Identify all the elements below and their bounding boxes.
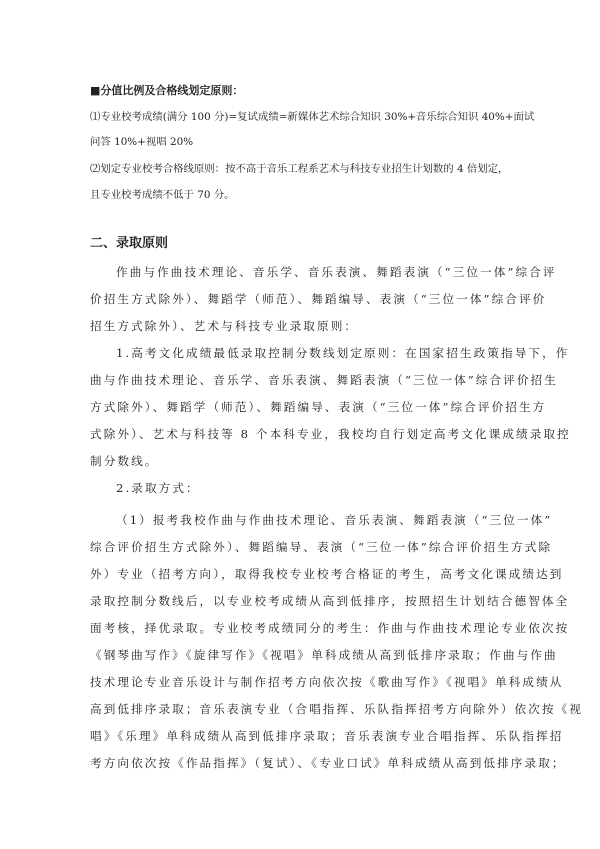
paragraph-line: ⑵划定专业校考合格线原则：按不高于音乐工程系艺术与科技专业招生计划数的 4 倍划… <box>90 162 508 176</box>
paragraph-line: 问答 10%+视唱 20% <box>90 135 193 149</box>
paragraph-line: 《钢琴曲写作》《旋律写作》《视唱》单科成绩从高到低排序录取；作曲与作曲 <box>90 648 558 662</box>
paragraph-line: 且专业校考成绩不低于 70 分。 <box>90 188 235 202</box>
paragraph-line: 制分数线。 <box>90 454 158 468</box>
paragraph-line: 面考核，择优录取。专业校考成绩同分的考生：作曲与作曲技术理论专业依次按 <box>90 621 569 635</box>
paragraph-line: ⑴专业校考成绩(满分 100 分)=复试成绩=新媒体艺术综合知识 30%+音乐综… <box>90 110 534 124</box>
paragraph-line: 价招生方式除外）、舞蹈学（师范）、舞蹈编导、表演（“三位一体”综合评价 <box>90 292 546 306</box>
paragraph-line: 曲与作曲技术理论、音乐学、音乐表演、舞蹈表演（“三位一体”综合评价招生 <box>90 373 558 387</box>
paragraph-line: 高到低排序录取；音乐表演专业（合唱指挥、乐队指挥招考方向除外）依次按《视 <box>90 702 583 716</box>
paragraph-line: 1.高考文化成绩最低录取控制分数线划定原则：在国家招生政策指导下，作 <box>116 346 569 360</box>
paragraph-line: （1）报考我校作曲与作曲技术理论、音乐表演、舞蹈表演（“三位一体” <box>116 513 552 527</box>
paragraph-line: 考方向依次按《作品指挥》（复试）、《专业口试》单科成绩从高到低排序录取； <box>90 756 566 770</box>
paragraph-line: 外）专业（招考方向），取得我校专业校考合格证的考生，高考文化课成绩达到 <box>90 567 563 581</box>
paragraph-line: 综合评价招生方式除外）、舞蹈编导、表演（“三位一体”综合评价招生方式除 <box>90 540 552 554</box>
paragraph-line: 方式除外）、舞蹈学（师范）、舞蹈编导、表演（“三位一体”综合评价招生方 <box>90 400 546 414</box>
subheading-admission-method: 2.录取方式： <box>116 481 200 495</box>
paragraph-line: 式除外）、艺术与科技等 8 个本科专业，我校均自行划定高考文化课成绩录取控 <box>90 427 571 441</box>
section-heading-score-ratio: ■分值比例及合格线划定原则： <box>90 84 243 98</box>
section-heading-admission-principles: 二、录取原则 <box>90 237 168 251</box>
paragraph-line: 作曲与作曲技术理论、音乐学、音乐表演、舞蹈表演（“三位一体”综合评 <box>116 265 557 279</box>
paragraph-line: 技术理论专业音乐设计与制作招考方向依次按《歌曲写作》《视唱》单科成绩从 <box>90 675 563 689</box>
paragraph-line: 唱》《乐理》单科成绩从高到低排序录取；音乐表演专业合唱指挥、乐队指挥招 <box>90 729 563 743</box>
paragraph-line: 招生方式除外）、艺术与科技专业录取原则： <box>90 319 358 333</box>
paragraph-line: 录取控制分数线后，以专业校考成绩从高到低排序，按照招生计划结合德智体全 <box>90 594 569 608</box>
